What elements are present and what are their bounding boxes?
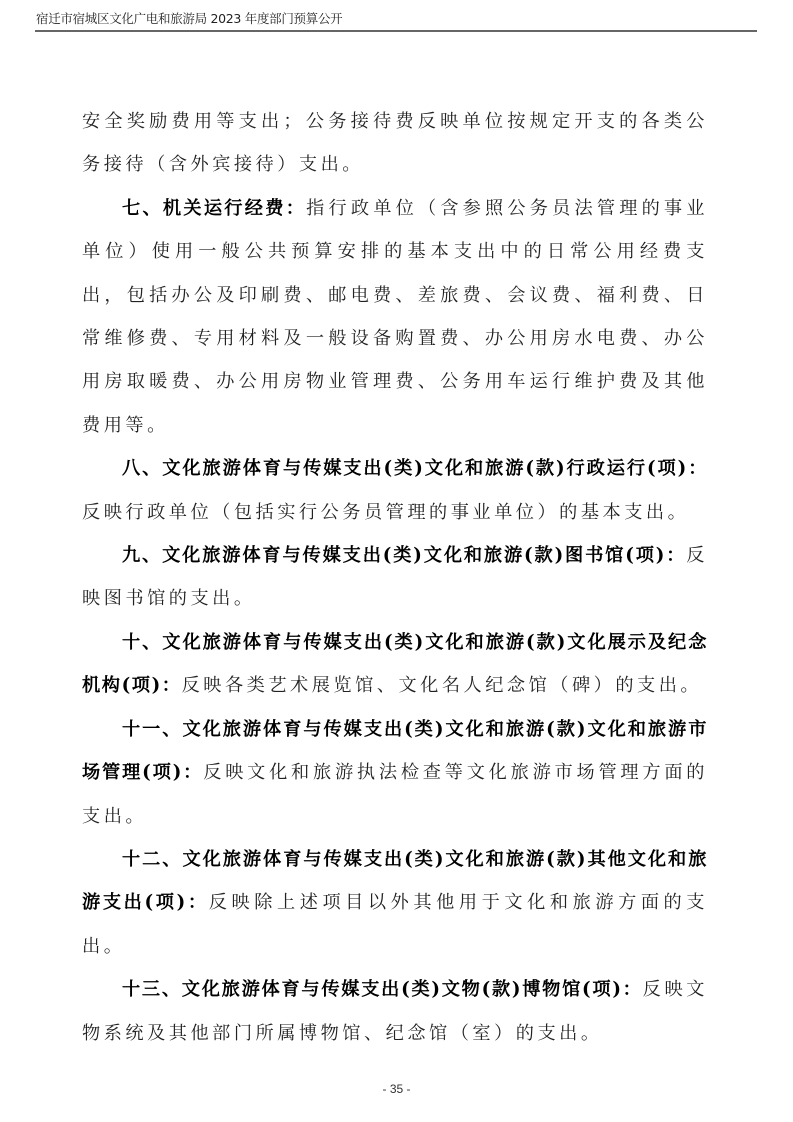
paragraph-item-10: 十、文化旅游体育与传媒支出(类)文化和旅游(款)文化展示及纪念机构(项)：反映各… <box>82 621 708 708</box>
paragraph-item-13: 十三、文化旅游体育与传媒支出(类)文物(款)博物馆(项)：反映文物系统及其他部门… <box>82 968 708 1055</box>
paragraph-item-12: 十二、文化旅游体育与传媒支出(类)文化和旅游(款)其他文化和旅游支出(项)：反映… <box>82 838 708 968</box>
paragraph-body: 安全奖励费用等支出；公务接待费反映单位按规定开支的各类公务接待（含外宾接待）支出… <box>82 111 708 175</box>
page-number: - 35 - <box>0 1082 793 1096</box>
paragraph-continuation: 安全奖励费用等支出；公务接待费反映单位按规定开支的各类公务接待（含外宾接待）支出… <box>82 100 708 187</box>
paragraph-item-11: 十一、文化旅游体育与传媒支出(类)文化和旅游(款)文化和旅游市场管理(项)：反映… <box>82 708 708 838</box>
document-body: 安全奖励费用等支出；公务接待费反映单位按规定开支的各类公务接待（含外宾接待）支出… <box>82 100 708 1055</box>
paragraph-body: 反映各类艺术展览馆、文化名人纪念馆（碑）的支出。 <box>182 675 703 696</box>
paragraph-heading: 七、机关运行经费： <box>122 198 306 219</box>
paragraph-body: 指行政单位（含参照公务员法管理的事业单位）使用一般公共预算安排的基本支出中的日常… <box>82 198 708 436</box>
paragraph-item-8: 八、文化旅游体育与传媒支出(类)文化和旅游(款)行政运行(项)：反映行政单位（包… <box>82 447 708 534</box>
header-divider <box>35 30 757 32</box>
page-header: 宿迁市宿城区文化广电和旅游局 2023 年度部门预算公开 <box>35 11 757 32</box>
document-title: 宿迁市宿城区文化广电和旅游局 2023 年度部门预算公开 <box>35 11 757 27</box>
paragraph-item-7: 七、机关运行经费：指行政单位（含参照公务员法管理的事业单位）使用一般公共预算安排… <box>82 187 708 447</box>
paragraph-heading: 九、文化旅游体育与传媒支出(类)文化和旅游(款)图书馆(项)： <box>122 545 686 566</box>
paragraph-item-9: 九、文化旅游体育与传媒支出(类)文化和旅游(款)图书馆(项)：反映图书馆的支出。 <box>82 534 708 621</box>
paragraph-body: 反映行政单位（包括实行公务员管理的事业单位）的基本支出。 <box>82 502 689 523</box>
paragraph-heading: 十三、文化旅游体育与传媒支出(类)文物(款)博物馆(项)： <box>122 979 643 1000</box>
paragraph-heading: 八、文化旅游体育与传媒支出(类)文化和旅游(款)行政运行(项)： <box>122 458 708 479</box>
